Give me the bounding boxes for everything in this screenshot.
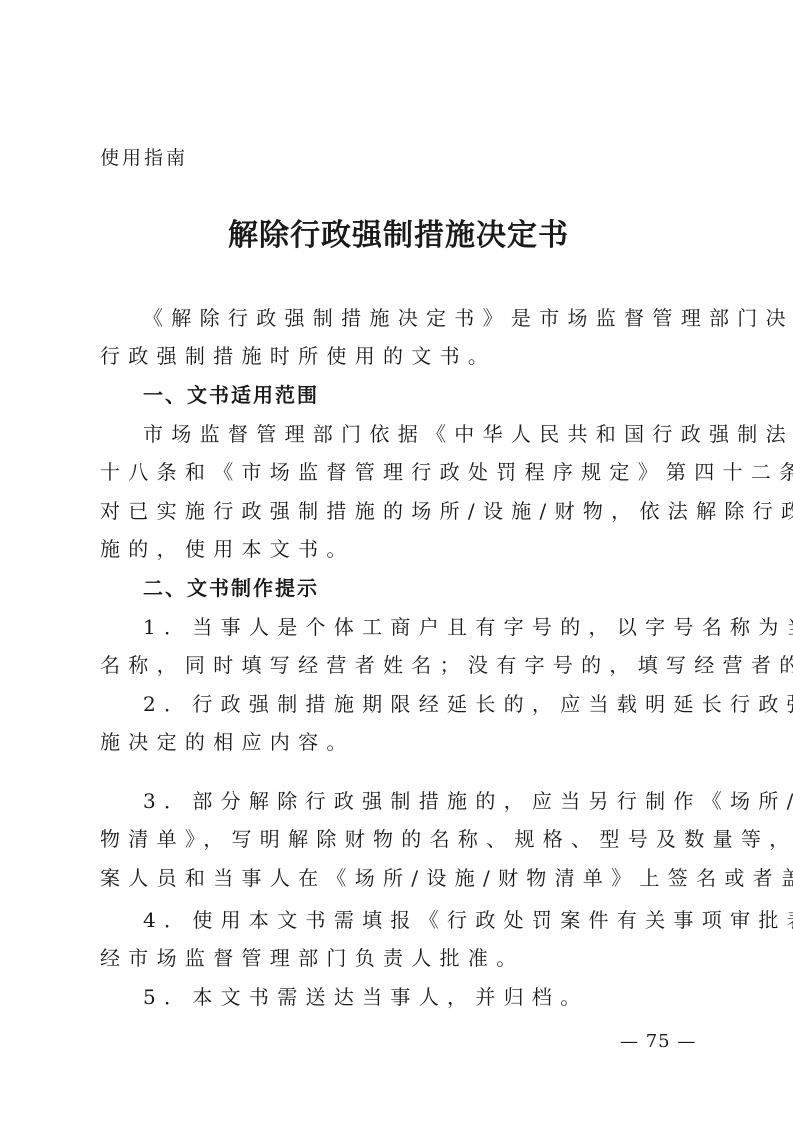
tip-2-line-1: 2．行政强制措施期限经延长的，应当载明延长行政强制措	[143, 691, 743, 717]
tip-2-line-2: 施决定的相应内容。	[100, 729, 700, 755]
scope-line-3: 对已实施行政强制措施的场所/设施/财物，依法解除行政强制措	[100, 498, 700, 524]
intro-line-2: 行政强制措施时所使用的文书。	[100, 343, 700, 369]
tip-1-line-2: 名称，同时填写经营者姓名；没有字号的，填写经营者的姓名。	[100, 652, 700, 678]
tip-1-line-1: 1．当事人是个体工商户且有字号的，以字号名称为当事人	[143, 614, 743, 640]
tip-5-line-1: 5．本文书需送达当事人，并归档。	[143, 984, 743, 1010]
tip-4-line-1: 4．使用本文书需填报《行政处罚案件有关事项审批表》，	[143, 907, 743, 933]
section-heading-scope: 一、文书适用范围	[143, 382, 743, 408]
document-title: 解除行政强制措施决定书	[0, 218, 793, 254]
page-number: — 75 —	[620, 1030, 696, 1054]
tip-4-line-2: 经市场监督管理部门负责人批准。	[100, 945, 700, 971]
section-label: 使用指南	[100, 146, 188, 170]
scope-line-2: 十八条和《市场监督管理行政处罚程序规定》第四十二条等规定，	[100, 459, 700, 485]
scope-line-4: 施的，使用本文书。	[100, 536, 700, 562]
document-page: 使用指南 解除行政强制措施决定书 《解除行政强制措施决定书》是市场监督管理部门决…	[0, 0, 793, 1122]
tip-3-line-2: 物清单》，写明解除财物的名称、规格、型号及数量等，并由办	[100, 826, 700, 852]
scope-line-1: 市场监督管理部门依据《中华人民共和国行政强制法》第二	[143, 421, 743, 447]
section-heading-tips: 二、文书制作提示	[143, 575, 743, 601]
tip-3-line-3: 案人员和当事人在《场所/设施/财物清单》上签名或者盖章。	[100, 865, 700, 891]
tip-3-line-1: 3．部分解除行政强制措施的，应当另行制作《场所/设施/财	[143, 788, 743, 814]
intro-line-1: 《解除行政强制措施决定书》是市场监督管理部门决定解除	[143, 305, 743, 331]
